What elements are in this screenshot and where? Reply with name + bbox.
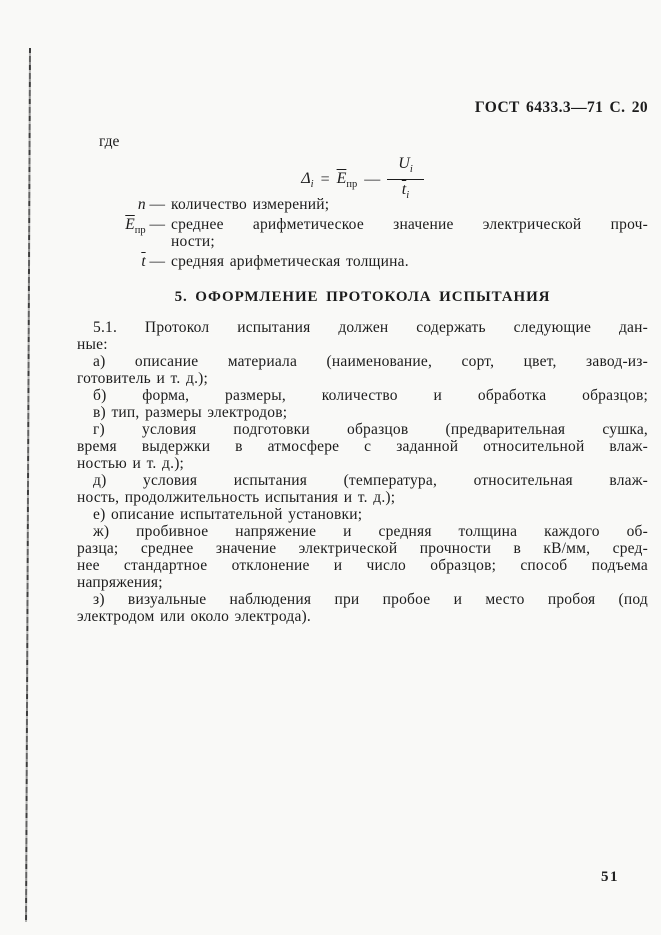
paragraph-line: ные: xyxy=(77,336,648,353)
definition-term: n — xyxy=(77,196,165,213)
formula-mean-strength: Eпр xyxy=(337,170,358,190)
definition-text: среднее арифметическое значение электрич… xyxy=(171,216,648,250)
paragraph-line: ж) пробивное напряжение и средняя толщин… xyxy=(77,523,648,540)
definition-row: t —средняя арифметическая толщина. xyxy=(77,253,648,270)
definition-text: средняя арифметическая толщина. xyxy=(171,253,648,270)
formula-equals: = xyxy=(321,171,330,189)
paragraph-line: нее стандартное отклонение и число образ… xyxy=(77,557,648,574)
scan-binding-line xyxy=(25,48,31,922)
paragraph-line: д) условия испытания (температура, относ… xyxy=(77,472,648,489)
document-page: ГОСТ 6433.3—71 С. 20 где Δi = Eпр — Ui t… xyxy=(0,0,661,935)
paragraph-line: напряжения; xyxy=(77,574,648,591)
definition-row: n —количество измерений; xyxy=(77,196,648,213)
body-text: 5.1. Протокол испытания должен содержать… xyxy=(77,319,648,625)
paragraph: е) описание испытательной установки; xyxy=(77,506,648,523)
paragraph-line: г) условия подготовки образцов (предвари… xyxy=(77,421,648,438)
definition-line: ности; xyxy=(171,233,648,250)
paragraph-line: б) форма, размеры, количество и обработк… xyxy=(77,387,648,404)
formula-numerator: Ui xyxy=(387,155,423,180)
formula-delta: Δi xyxy=(301,170,313,190)
paragraph: д) условия испытания (температура, относ… xyxy=(77,472,648,506)
paragraph-line: готовитель и т. д.); xyxy=(77,370,648,387)
book-page-number: 51 xyxy=(601,869,619,886)
paragraph-line: время выдержки в атмосфере с заданной от… xyxy=(77,438,648,455)
section-heading: 5. ОФОРМЛЕНИЕ ПРОТОКОЛА ИСПЫТАНИЯ xyxy=(77,289,648,305)
definition-row: Eпр —среднее арифметическое значение эле… xyxy=(77,216,648,250)
paragraph: а) описание материала (наименование, сор… xyxy=(77,353,648,387)
paragraph: з) визуальные наблюдения при пробое и ме… xyxy=(77,591,648,625)
where-label: где xyxy=(99,133,119,150)
formula-minus: — xyxy=(364,171,380,189)
definition-text: количество измерений; xyxy=(171,196,648,213)
paragraph-line: разца; среднее значение электрической пр… xyxy=(77,540,648,557)
definition-term: t — xyxy=(77,253,165,270)
definition-line: среднее арифметическое значение электрич… xyxy=(171,216,648,233)
running-header: ГОСТ 6433.3—71 С. 20 xyxy=(77,100,648,116)
paragraph-line: а) описание материала (наименование, сор… xyxy=(77,353,648,370)
paragraph: б) форма, размеры, количество и обработк… xyxy=(77,387,648,404)
paragraph-line: ностью и т. д.); xyxy=(77,455,648,472)
paragraph: ж) пробивное напряжение и средняя толщин… xyxy=(77,523,648,591)
definition-term: Eпр — xyxy=(77,216,165,250)
paragraph: 5.1. Протокол испытания должен содержать… xyxy=(77,319,648,353)
paragraph-line: в) тип, размеры электродов; xyxy=(77,404,648,421)
paragraph-line: е) описание испытательной установки; xyxy=(77,506,648,523)
paragraph: г) условия подготовки образцов (предвари… xyxy=(77,421,648,472)
paragraph-line: электродом или около электрода). xyxy=(77,608,648,625)
paragraph-line: 5.1. Протокол испытания должен содержать… xyxy=(77,319,648,336)
definition-list: n —количество измерений;Eпр —среднее ари… xyxy=(77,196,648,270)
paragraph: в) тип, размеры электродов; xyxy=(77,404,648,421)
definition-line: количество измерений; xyxy=(171,196,648,213)
paragraph-line: з) визуальные наблюдения при пробое и ме… xyxy=(77,591,648,608)
definition-line: средняя арифметическая толщина. xyxy=(171,253,648,270)
paragraph-line: ность, продолжительность испытания и т. … xyxy=(77,489,648,506)
